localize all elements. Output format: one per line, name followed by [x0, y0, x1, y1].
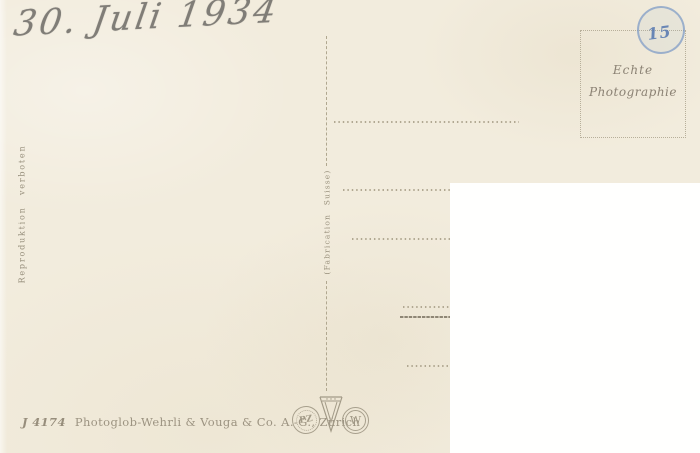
address-line-2: [343, 189, 453, 191]
publisher-serial-number: J 4174: [22, 415, 66, 429]
address-line-3: [352, 238, 453, 240]
v-trademark-logo-icon: [318, 394, 344, 434]
postage-rate-value: 15: [646, 21, 673, 43]
pz-logo-inner-ring: PZ: [294, 408, 318, 432]
address-line-5: [407, 365, 453, 367]
handwritten-date: 30. Juli 1934: [11, 0, 267, 45]
divider-line-bottom: [326, 281, 327, 391]
stamp-box-text-line1: Echte: [581, 63, 685, 77]
w-logo-inner-ring: W: [345, 410, 366, 431]
fabrication-notice: (Fabrication Suisse): [323, 169, 332, 274]
pz-logo-letters: PZ: [299, 414, 314, 426]
w-monogram-logo-icon: W: [342, 407, 369, 434]
scan-white-area: [450, 183, 700, 453]
address-line-4-underline: [400, 316, 453, 318]
reproduction-notice: Reproduktion verboten: [18, 145, 27, 284]
w-logo-letter: W: [350, 414, 361, 427]
address-line-4: [403, 306, 453, 308]
address-line-1: [334, 121, 519, 123]
scan-edge-highlight: [0, 0, 7, 453]
postcard-back: 30. Juli 1934 Reproduktion verboten (Fab…: [0, 0, 700, 453]
stamp-box-text-line2: Photographie: [581, 85, 685, 99]
divider-line-top: [326, 36, 327, 166]
